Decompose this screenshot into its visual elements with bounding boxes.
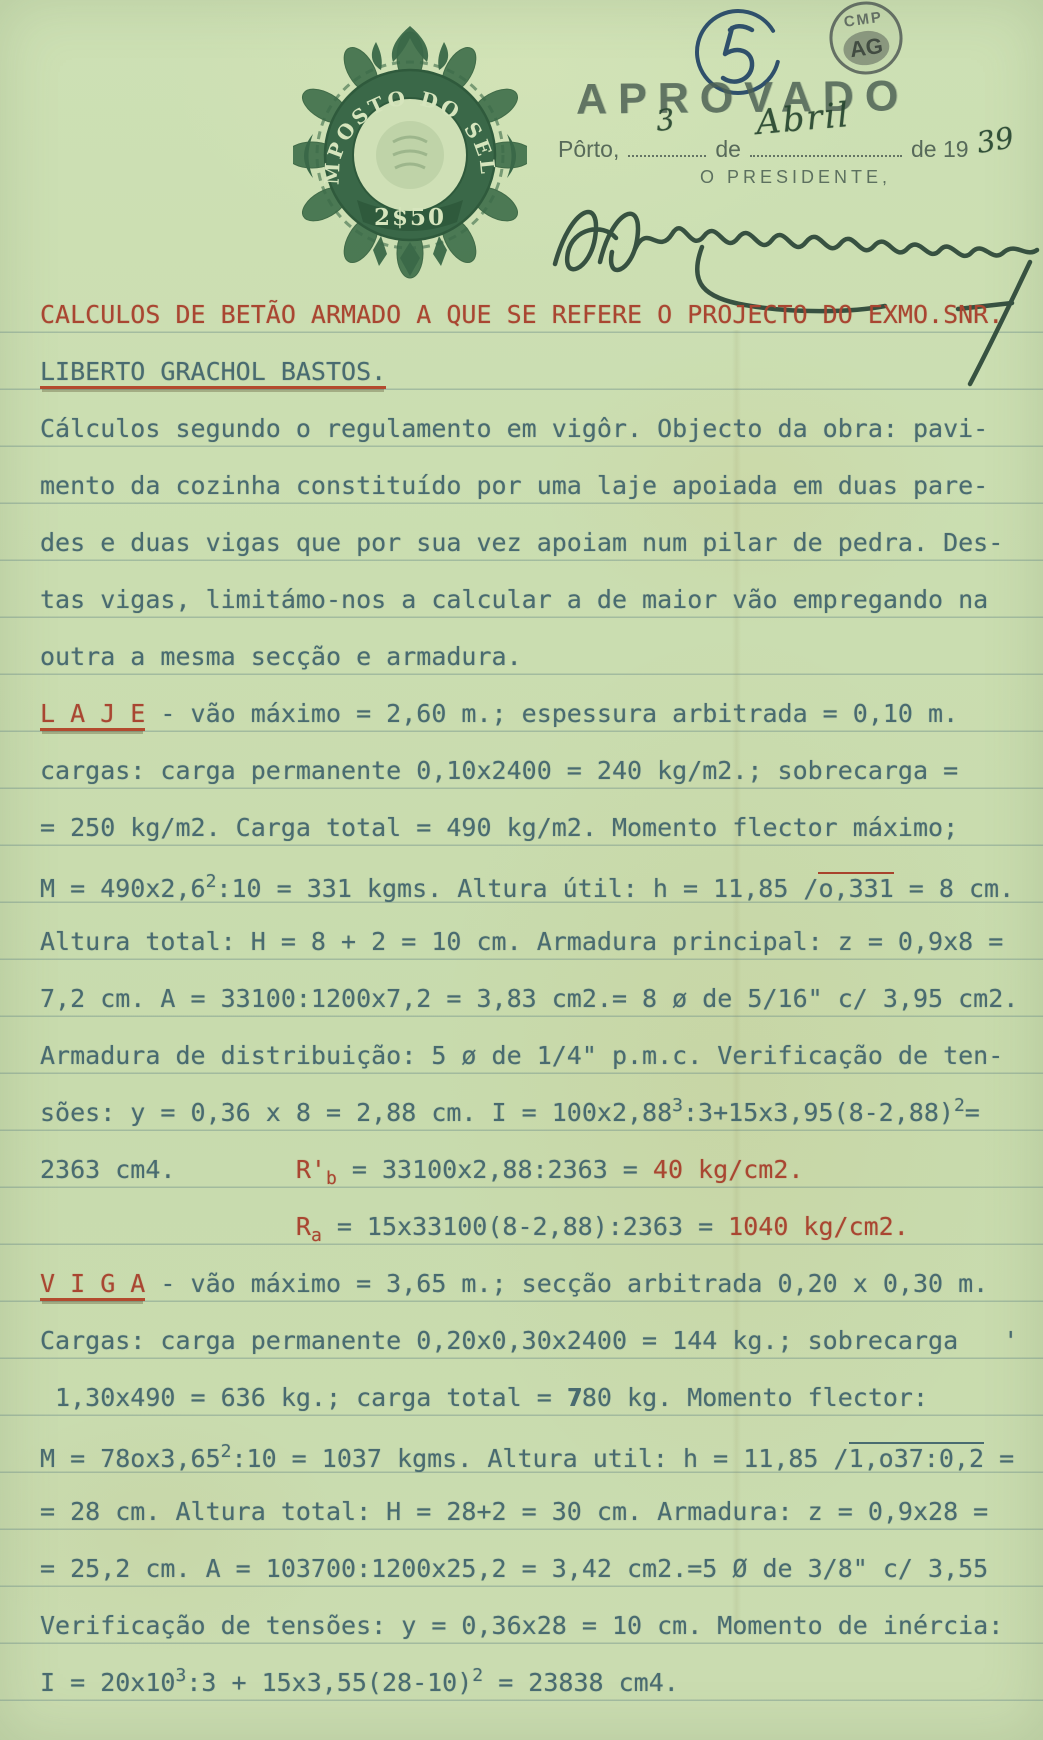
- document-line: Altura total: H = 8 + 2 = 10 cm. Armadur…: [40, 922, 1003, 986]
- typed-text-segment: 7: [567, 1385, 582, 1410]
- typed-text-segment: 1,30x490 = 636 kg.; carga total =: [40, 1385, 567, 1410]
- typed-text-segment: 7,2 cm. A = 33100:1200x7,2 = 3,83 cm2.= …: [40, 986, 1018, 1011]
- typed-text-segment: = 23838 cm4.: [483, 1670, 679, 1695]
- typed-text-segment: M = 490x2,6: [40, 876, 206, 901]
- typed-text-segment: 2363 cm4.: [40, 1157, 296, 1182]
- document-line: outra a mesma secção e armadura.: [40, 637, 522, 701]
- typed-text-segment: mento da cozinha constituído por uma laj…: [40, 473, 988, 498]
- document-page: IMPOSTO DO SELO 2$50 CMP AG APROVADO Pôr…: [0, 0, 1043, 1740]
- typed-text-segment: 40 kg/cm2.: [653, 1157, 804, 1182]
- document-line: I = 20x103:3 + 15x3,55(28-10)2 = 23838 c…: [40, 1663, 679, 1727]
- typed-text-segment: des e duas vigas que por sua vez apoiam …: [40, 530, 1003, 555]
- typed-text-segment: - vão máximo = 2,60 m.; espessura arbitr…: [145, 701, 958, 726]
- typed-text-segment: 2: [954, 1097, 965, 1115]
- document-line: = 28 cm. Altura total: H = 28+2 = 30 cm.…: [40, 1492, 988, 1556]
- document-line: Cálculos segundo o regulamento em vigôr.…: [40, 409, 988, 473]
- document-line: 7,2 cm. A = 33100:1200x7,2 = 3,83 cm2.= …: [40, 979, 1018, 1043]
- typed-text-segment: Armadura de distribuição: 5 ø de 1/4" p.…: [40, 1043, 1003, 1068]
- document-line: 2363 cm4. R'b = 33100x2,88:2363 = 40 kg/…: [40, 1150, 803, 1214]
- typed-text-segment: =: [984, 1446, 1014, 1471]
- document-line: Armadura de distribuição: 5 ø de 1/4" p.…: [40, 1036, 1003, 1100]
- typed-text-segment: LIBERTO GRACHOL BASTOS.: [40, 359, 386, 389]
- typed-text-segment: b: [326, 1170, 337, 1188]
- typed-text-segment: cargas: carga permanente 0,10x2400 = 240…: [40, 758, 958, 783]
- typed-text-segment: = 15x33100(8-2,88):2363 =: [322, 1214, 728, 1239]
- typed-text-segment: = 28 cm. Altura total: H = 28+2 = 30 cm.…: [40, 1499, 988, 1524]
- document-line: Ra = 15x33100(8-2,88):2363 = 1040 kg/cm2…: [40, 1207, 909, 1271]
- typed-text-segment: CALCULOS DE BETÃO ARMADO A QUE SE REFERE…: [40, 302, 1003, 327]
- typed-text-segment: Verificação de tensões: y = 0,36x28 = 10…: [40, 1613, 1003, 1638]
- document-line: L A J E - vão máximo = 2,60 m.; espessur…: [40, 694, 958, 758]
- document-line: V I G A - vão máximo = 3,65 m.; secção a…: [40, 1264, 988, 1328]
- typed-text-segment: sões: y = 0,36 x 8 = 2,88 cm. I = 100x2,…: [40, 1100, 672, 1125]
- document-line: Verificação de tensões: y = 0,36x28 = 10…: [40, 1606, 1003, 1670]
- typed-text-segment: = 33100x2,88:2363 =: [337, 1157, 653, 1182]
- document-line: = 250 kg/m2. Carga total = 490 kg/m2. Mo…: [40, 808, 958, 872]
- document-line: CALCULOS DE BETÃO ARMADO A QUE SE REFERE…: [40, 295, 1003, 359]
- typed-text-segment: - vão máximo = 3,65 m.; secção arbitrada…: [145, 1271, 988, 1296]
- document-line: cargas: carga permanente 0,10x2400 = 240…: [40, 751, 958, 815]
- typed-text-segment: 2: [221, 1443, 232, 1461]
- document-line: LIBERTO GRACHOL BASTOS.: [40, 352, 386, 416]
- document-line: tas vigas, limitámo-nos a calcular a de …: [40, 580, 988, 644]
- typed-text-segment: :3+15x3,95(8-2,88): [683, 1100, 954, 1125]
- typed-text-segment: a: [311, 1227, 322, 1245]
- typed-text-segment: =: [965, 1100, 980, 1125]
- typed-text-segment: 80 kg. Momento flector:: [582, 1385, 928, 1410]
- typed-text-segment: M = 78ox3,65: [40, 1446, 221, 1471]
- typed-text-segment: V I G A: [40, 1271, 145, 1301]
- typed-text-segment: Altura total: H = 8 + 2 = 10 cm. Armadur…: [40, 929, 1003, 954]
- typed-text-segment: :3 + 15x3,55(28-10): [186, 1670, 472, 1695]
- typed-text-segment: Cálculos segundo o regulamento em vigôr.…: [40, 416, 988, 441]
- typed-text-segment: :10 = 331 kgms. Altura útil: h = 11,85 /: [216, 876, 818, 901]
- typed-text-segment: R': [296, 1157, 326, 1182]
- document-line: Cargas: carga permanente 0,20x0,30x2400 …: [40, 1321, 1018, 1385]
- typed-text-segment: 3: [672, 1097, 683, 1115]
- typed-text-segment: I = 20x10: [40, 1670, 175, 1695]
- typed-text-segment: = 25,2 cm. A = 103700:1200x25,2 = 3,42 c…: [40, 1556, 988, 1581]
- typed-text-segment: = 8 cm.: [894, 876, 1014, 901]
- typed-text-segment: :10 = 1037 kgms. Altura util: h = 11,85 …: [231, 1446, 848, 1471]
- document-line: = 25,2 cm. A = 103700:1200x25,2 = 3,42 c…: [40, 1549, 988, 1613]
- document-line: sões: y = 0,36 x 8 = 2,88 cm. I = 100x2,…: [40, 1093, 980, 1157]
- typed-text-segment: 1040 kg/cm2.: [728, 1214, 909, 1239]
- document-line: mento da cozinha constituído por uma laj…: [40, 466, 988, 530]
- typed-text-segment: 2: [206, 873, 217, 891]
- document-line: des e duas vigas que por sua vez apoiam …: [40, 523, 1003, 587]
- document-line: M = 490x2,62:10 = 331 kgms. Altura útil:…: [40, 865, 1014, 929]
- document-line: M = 78ox3,652:10 = 1037 kgms. Altura uti…: [40, 1435, 1014, 1499]
- typed-text-segment: = 250 kg/m2. Carga total = 490 kg/m2. Mo…: [40, 815, 958, 840]
- typed-text-segment: R: [296, 1214, 311, 1239]
- typed-text-segment: tas vigas, limitámo-nos a calcular a de …: [40, 587, 988, 612]
- document-body: CALCULOS DE BETÃO ARMADO A QUE SE REFERE…: [0, 0, 1043, 1740]
- typed-text-segment: 3: [175, 1667, 186, 1685]
- typed-text-segment: L A J E: [40, 701, 145, 731]
- typed-text-segment: Cargas: carga permanente 0,20x0,30x2400 …: [40, 1328, 1018, 1353]
- typed-text-segment: o,331: [818, 872, 893, 901]
- typed-text-segment: outra a mesma secção e armadura.: [40, 644, 522, 669]
- typed-text-segment: 1,o37:0,2: [849, 1442, 984, 1471]
- typed-text-segment: [40, 1214, 296, 1239]
- document-line: 1,30x490 = 636 kg.; carga total = 780 kg…: [40, 1378, 928, 1442]
- typed-text-segment: 2: [472, 1667, 483, 1685]
